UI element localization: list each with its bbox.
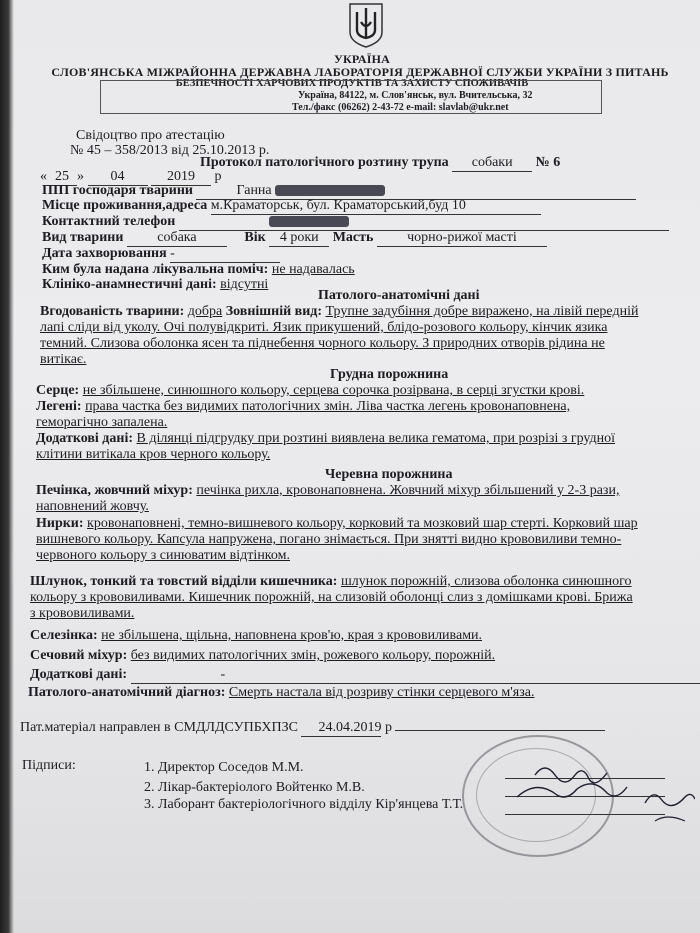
certificate-label: Свідоцтво про атестацію: [76, 128, 225, 144]
bladder-label: Сечовий міхур:: [30, 648, 127, 663]
org-address: Україна, 84122, м. Слов'янськ, вул. Вчит…: [298, 90, 532, 101]
nutrition-row: Вгодованість тварини: добра Зовнішній ви…: [40, 304, 638, 320]
stomach-label: Шлунок, тонкий та товстий відділи кишечн…: [30, 574, 337, 589]
owner-value: Ганна: [236, 183, 271, 198]
date-suffix: р: [215, 169, 222, 184]
diagnosis-row: Патолого-анатомічний діагноз: Смерть нас…: [28, 685, 534, 701]
treatment-value: не надавалась: [272, 262, 355, 277]
kidneys-row: Нирки: кровонаповнені, темно-вишневого к…: [36, 516, 638, 532]
sent-suffix: р: [385, 720, 392, 735]
treatment-row: Ким була надана лікувальна поміч: не над…: [42, 262, 355, 278]
address-value: м.Краматорськ, бул. Краматорський,буд 10: [211, 198, 541, 215]
signer-3: 3. Лаборант бактеріологічного відділу Кі…: [144, 797, 463, 813]
kidneys-label: Нирки:: [36, 516, 84, 531]
anamnesis-row: Клініко-анамнестичні дані: відсутні: [42, 277, 268, 293]
bladder-row: Сечовий міхур: без видимих патологічних …: [30, 648, 495, 664]
owner-label: ПІП господаря тварини: [42, 183, 193, 198]
age-value: 4 роки: [269, 230, 329, 247]
stomach-line-3: з крововиливами.: [30, 606, 134, 622]
protocol-number: № 6: [536, 155, 561, 170]
spleen-label: Селезінка:: [30, 628, 98, 643]
illness-date-row: Дата захворювання -: [42, 246, 280, 263]
heart-row: Серце: не збільшене, синюшного кольору, …: [36, 383, 584, 399]
trident-emblem-icon: [347, 2, 385, 48]
sent-label: Пат.матеріал направлен в СМДЛДСУПБХПЗС: [20, 720, 298, 735]
liver-label: Печінка, жовчний міхур:: [36, 483, 193, 498]
nutrition-value: добра: [188, 304, 222, 319]
lungs-line-2: геморагічно запалена.: [36, 415, 167, 431]
appearance-line-2: лапі сліди від уколу. Очі полувідкриті. …: [40, 320, 607, 336]
illness-date-label: Дата захворювання: [42, 246, 167, 261]
liver-row: Печінка, жовчний міхур: печінка рихла, к…: [36, 483, 619, 499]
page-edge-shadow: [0, 0, 14, 933]
diagnosis-value: Смерть настала від розриву стінки серцев…: [229, 685, 535, 700]
sent-date: 24.04.2019: [301, 720, 381, 737]
extra-label: Додаткові дані:: [30, 667, 127, 682]
kidneys-line-3: червоного кольору з синюватим відтінком.: [36, 548, 290, 564]
appearance-line-1: Трупне задубіння добре виражено, на ліві…: [326, 304, 639, 319]
nutrition-label: Вгодованість тварини:: [40, 304, 184, 319]
org-contacts: Тел./факс (06262) 2-43-72 e-mail: slavla…: [292, 102, 509, 113]
redacted-surname: [275, 185, 385, 196]
age-label: Вік: [244, 230, 265, 245]
liver-line-2: наповнений жовчу.: [36, 499, 149, 515]
extra-chest-row: Додаткові дані: В ділянці підгрудку при …: [36, 431, 615, 447]
redacted-phone: [269, 216, 349, 227]
extra-value: -: [131, 667, 700, 684]
spleen-row: Селезінка: не збільшена, щільна, наповне…: [30, 628, 482, 644]
species-label: Вид тварини: [42, 230, 123, 245]
address-row: Місце проживання,адреса м.Краматорськ, б…: [42, 198, 541, 215]
phone-row: Контактний телефон: [42, 214, 669, 231]
kidneys-line-2: вишневого кольору. Капсула напружена, по…: [36, 532, 621, 548]
bladder-value: без видимих патологічних змін, рожевого …: [131, 648, 495, 663]
handwritten-signatures-icon: [505, 755, 695, 835]
lungs-line-1: права частка без видимих патологічних зм…: [85, 399, 570, 414]
section-abdomen-title: Черевна порожнина: [325, 467, 452, 483]
stomach-line-2: кольору з крововиливами. Кишечник порожн…: [30, 590, 633, 606]
extra-row: Додаткові дані: -: [30, 667, 700, 684]
color-value: чорно-рижої масті: [377, 230, 547, 247]
heart-value: не збільшене, синюшного кольору, серцева…: [83, 383, 585, 398]
lungs-label: Легені:: [36, 399, 82, 414]
species-value: собака: [127, 230, 227, 247]
kidneys-line-1: кровонаповнені, темно-вишневого кольору,…: [87, 516, 638, 531]
protocol-species: собаки: [452, 155, 532, 172]
stomach-row: Шлунок, тонкий та товстий відділи кишечн…: [30, 574, 632, 590]
anamnesis-value: відсутні: [220, 277, 268, 292]
appearance-line-4: витікає.: [40, 352, 86, 368]
phone-label: Контактний телефон: [42, 214, 175, 229]
appearance-line-3: темний. Слизова оболонка ясен та піднебе…: [40, 336, 605, 352]
extra-chest-label: Додаткові дані:: [36, 431, 133, 446]
liver-line-1: печінка рихла, кровонаповнена. Жовчний м…: [196, 483, 619, 498]
color-label: Масть: [333, 230, 374, 245]
extra-chest-line-1: В ділянці підгрудку при розтині виявлена…: [137, 431, 616, 446]
protocol-title: Протокол патологічного розтину трупа: [200, 155, 449, 170]
appearance-label: Зовнішній вид:: [226, 304, 322, 319]
extra-chest-line-2: клітини витікала кров черного кольору.: [36, 447, 270, 463]
heart-label: Серце:: [36, 383, 79, 398]
treatment-label: Ким була надана лікувальна поміч:: [42, 262, 268, 277]
signatures-label: Підписи:: [22, 758, 76, 774]
diagnosis-label: Патолого-анатомічний діагноз:: [28, 685, 225, 700]
stomach-line-1: шлунок порожній, слизова оболонка синюшн…: [341, 574, 632, 589]
signer-2: 2. Лікар-бактеріолого Войтенко М.В.: [144, 780, 365, 796]
section-pathology-title: Патолого-анатомічні дані: [318, 288, 480, 304]
illness-date-value: -: [170, 246, 280, 263]
signer-1: 1. Директор Соседов М.М.: [144, 760, 304, 776]
spleen-value: не збільшена, щільна, наповнена кров'ю, …: [101, 628, 482, 643]
anamnesis-label: Клініко-анамнестичні дані:: [42, 277, 217, 292]
section-chest-title: Грудна порожнина: [330, 367, 448, 383]
protocol-title-row: Протокол патологічного розтину трупа соб…: [200, 155, 560, 172]
lungs-row: Легені: права частка без видимих патолог…: [36, 399, 570, 415]
address-label: Місце проживання,адреса: [42, 198, 207, 213]
animal-row: Вид тварини собака Вік 4 роки Масть чорн…: [42, 230, 547, 247]
sent-row: Пат.матеріал направлен в СМДЛДСУПБХПЗС 2…: [20, 720, 605, 737]
